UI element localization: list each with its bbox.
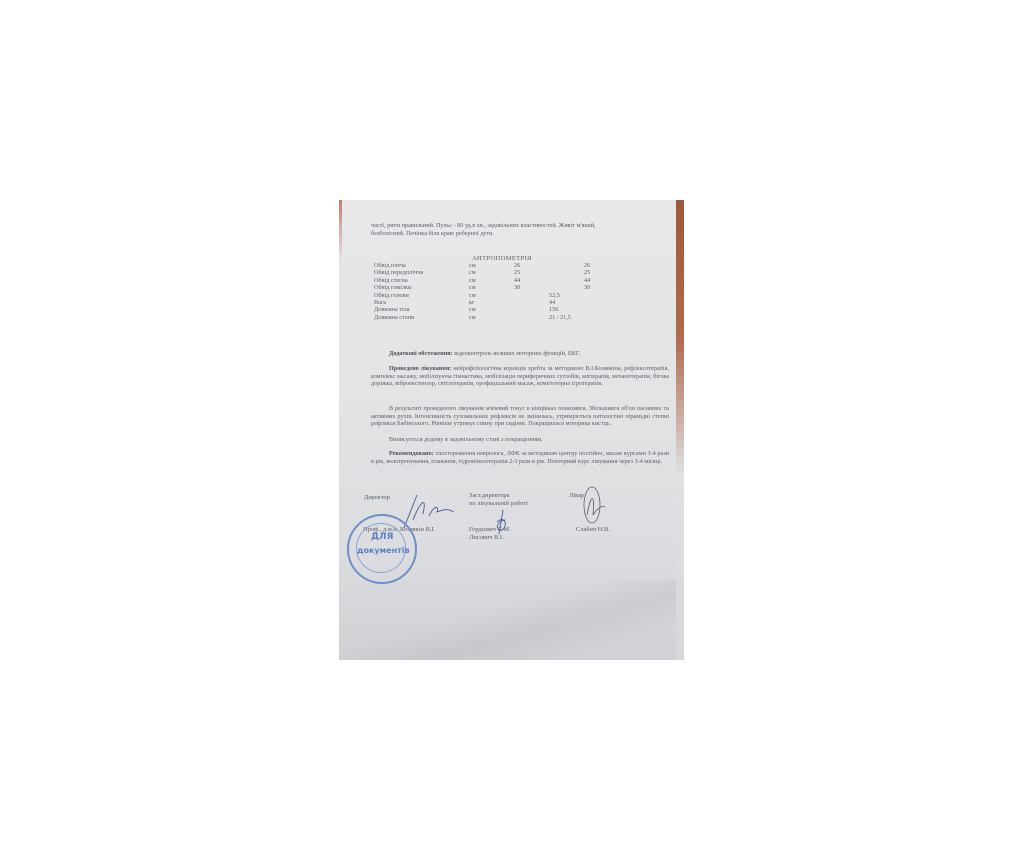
- recommendation-heading: Рекомендовано:: [389, 450, 434, 457]
- intro-paragraph: частї, ритм правильний. Пульс - 80 уд.в …: [371, 222, 669, 237]
- measurement-label: Довжина стопи: [374, 314, 414, 322]
- additional-exams-heading: Додаткові обстеження:: [389, 350, 453, 357]
- stamp-text-1: ДЛЯ: [371, 534, 393, 542]
- treatment-heading: Проведено лікування:: [389, 365, 451, 372]
- anthropometry-row: Обвід передпліччясм2525: [374, 269, 654, 276]
- anthropometry-row: Обвід головисм52,5: [374, 292, 654, 299]
- measurement-value: 21 / 21,5: [549, 314, 571, 322]
- director-signature: [399, 490, 459, 530]
- deputy-title-line-1: Заст.директора: [469, 492, 528, 500]
- paper-shadow: [339, 580, 684, 660]
- anthropometry-row: Обвід стегнасм4444: [374, 277, 654, 284]
- document-photo: частї, ритм правильний. Пульс - 80 уд.в …: [339, 200, 684, 660]
- measurement-unit: см: [469, 314, 476, 322]
- page-edge-left: [339, 200, 342, 260]
- official-stamp: ДЛЯ документів: [347, 514, 417, 584]
- recommendation-paragraph: Рекомендовано: спостереження невролога, …: [371, 450, 669, 465]
- page-edge-right: [676, 200, 684, 660]
- stamp-text-2: документів: [357, 547, 410, 555]
- treatment-paragraph: Проведено лікування: нейрофізіологічна к…: [371, 365, 669, 388]
- anthropometry-row: Довжина тіласм156: [374, 306, 654, 313]
- result-paragraph: В результаті проведеного лікування м'язе…: [371, 405, 669, 428]
- additional-exams: Додаткові обстеження: відеоконтроль вели…: [371, 350, 669, 358]
- anthropometry-row: Обвід гомілкисм3030: [374, 284, 654, 291]
- anthropometry-row: Вагакг44: [374, 299, 654, 306]
- director-title: Директор: [364, 494, 390, 502]
- additional-exams-text: відеоконтроль великих моторних функцій, …: [453, 350, 581, 357]
- deputy-signature: [489, 508, 519, 538]
- deputy-title-line-2: по лікувальній роботі: [469, 500, 528, 508]
- intro-line-1: частї, ритм правильний. Пульс - 80 уд.в …: [371, 222, 669, 230]
- anthropometry-row: Довжина стописм21 / 21,5: [374, 314, 654, 321]
- intro-line-2: безболісний. Печінка біля краю реберної …: [371, 230, 669, 238]
- anthropometry-row: Обвід плечасм2626: [374, 262, 654, 269]
- discharge-paragraph: Виписується додому в задовільному стані …: [371, 436, 669, 444]
- deputy-director-title: Заст.директора по лікувальній роботі: [469, 492, 528, 508]
- anthropometry-table: Обвід плечасм2626Обвід передпліччясм2525…: [374, 262, 654, 321]
- doctor-signature: [579, 485, 614, 530]
